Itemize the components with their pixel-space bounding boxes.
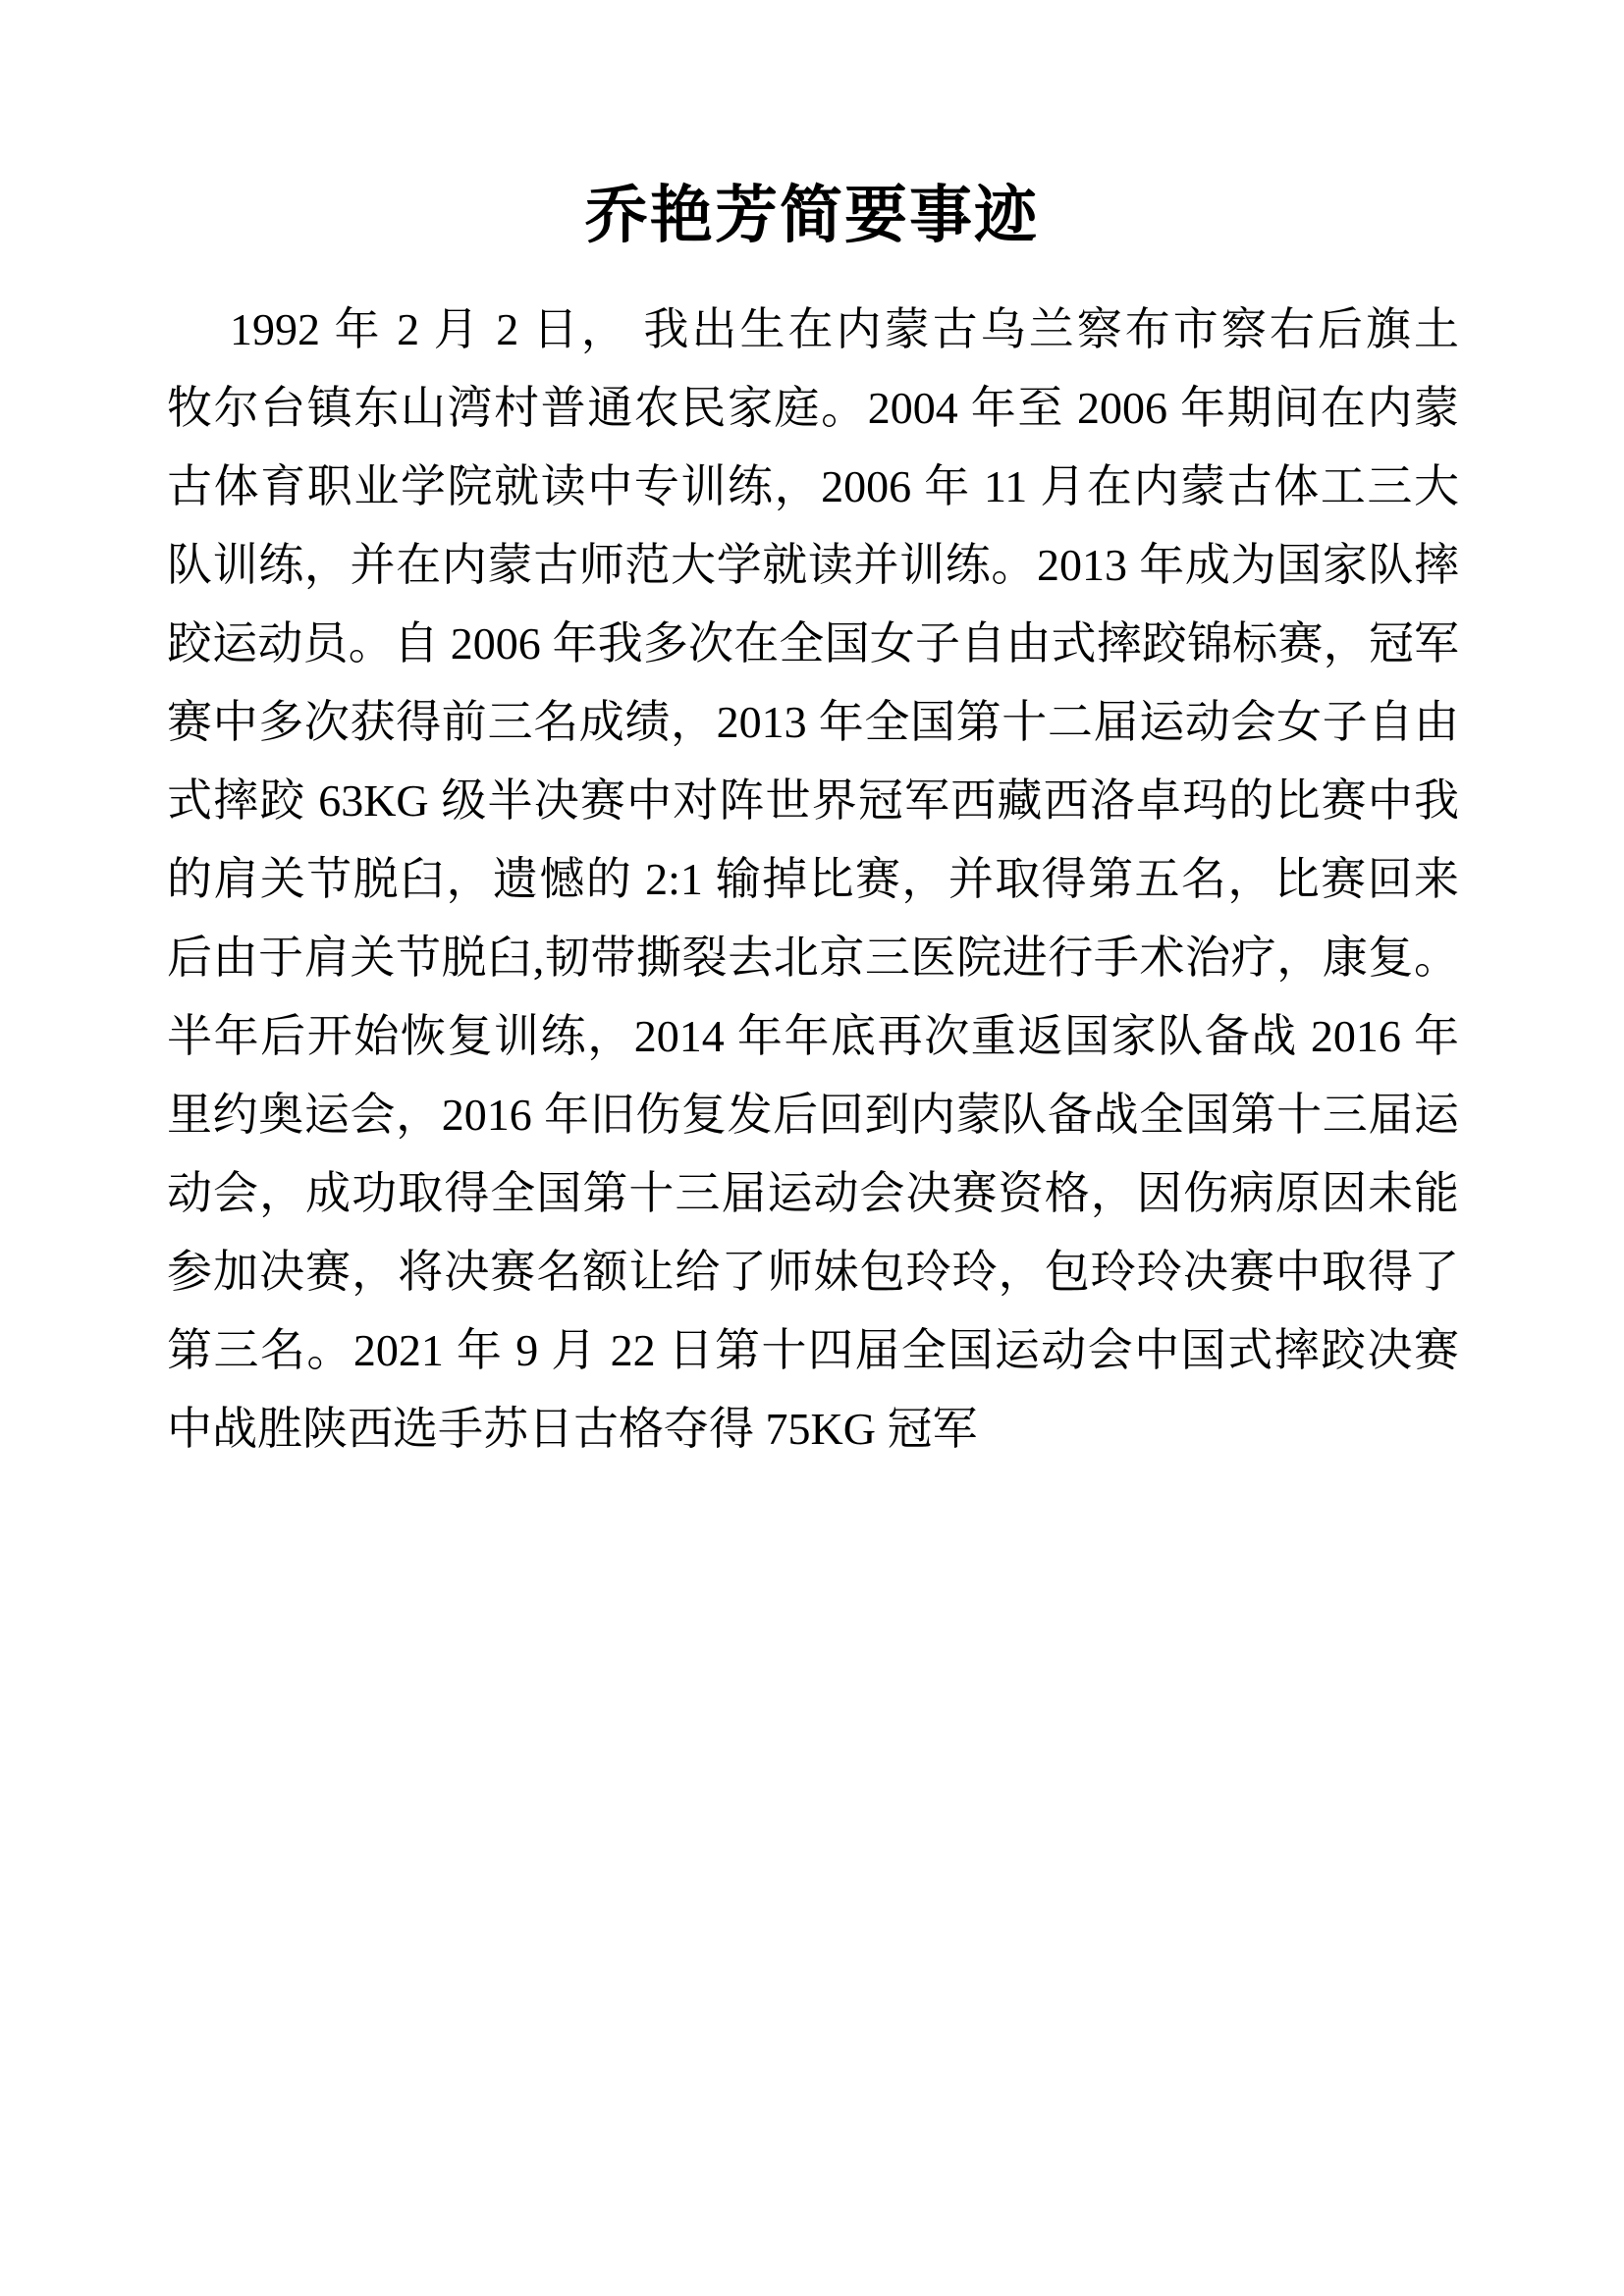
paragraph-line: 中战胜陕西选手苏日古格夺得 75KG 冠军	[167, 1390, 1459, 1468]
paragraph-line: 牧尔台镇东山湾村普通农民家庭。2004 年至 2006 年期间在内蒙	[167, 369, 1459, 448]
paragraph-line: 古体育职业学院就读中专训练，2006 年 11 月在内蒙古体工三大	[167, 448, 1459, 526]
paragraph-line: 赛中多次获得前三名成绩，2013 年全国第十二届运动会女子自由	[167, 683, 1459, 762]
paragraph-line: 的肩关节脱臼，遗憾的 2:1 输掉比赛，并取得第五名，比赛回来	[167, 840, 1459, 919]
document-page: 乔艳芳简要事迹 1992 年 2 月 2 日， 我出生在内蒙古乌兰察布市察右后旗…	[0, 0, 1624, 2296]
paragraph-line: 跤运动员。自 2006 年我多次在全国女子自由式摔跤锦标赛，冠军	[167, 605, 1459, 683]
paragraph-line: 参加决赛，将决赛名额让给了师妹包玲玲，包玲玲决赛中取得了	[167, 1233, 1459, 1311]
paragraph-line: 式摔跤 63KG 级半决赛中对阵世界冠军西藏西洛卓玛的比赛中我	[167, 762, 1459, 840]
paragraph-line: 半年后开始恢复训练，2014 年年底再次重返国家队备战 2016 年	[167, 997, 1459, 1076]
paragraph-line: 后由于肩关节脱臼,韧带撕裂去北京三医院进行手术治疗，康复。	[167, 919, 1459, 997]
paragraph-line: 第三名。2021 年 9 月 22 日第十四届全国运动会中国式摔跤决赛	[167, 1311, 1459, 1390]
document-title: 乔艳芳简要事迹	[0, 0, 1624, 257]
document-body: 1992 年 2 月 2 日， 我出生在内蒙古乌兰察布市察右后旗土 牧尔台镇东山…	[167, 291, 1459, 1468]
paragraph-line: 队训练，并在内蒙古师范大学就读并训练。2013 年成为国家队摔	[167, 526, 1459, 605]
paragraph-line: 动会，成功取得全国第十三届运动会决赛资格，因伤病原因未能	[167, 1154, 1459, 1233]
paragraph-line: 1992 年 2 月 2 日， 我出生在内蒙古乌兰察布市察右后旗土	[167, 291, 1459, 369]
paragraph-line: 里约奥运会，2016 年旧伤复发后回到内蒙队备战全国第十三届运	[167, 1076, 1459, 1154]
